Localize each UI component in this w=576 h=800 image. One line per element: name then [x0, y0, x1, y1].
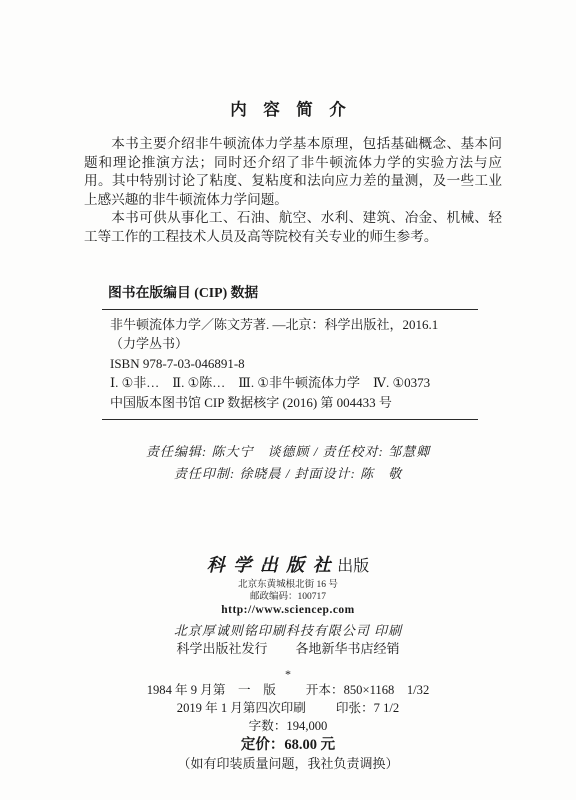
cip-line-classification: Ⅰ. ①非… Ⅱ. ①陈… Ⅲ. ①非牛顿流体力学 Ⅳ. ①0373: [110, 373, 478, 393]
edition-date: 1984 年 9 月第 一 版: [147, 682, 276, 700]
cip-line-series: （力学丛书）: [110, 334, 478, 354]
print-run-date: 2019 年 1 月第四次印刷: [177, 700, 306, 718]
publisher-name-calligraphy: 科 学 出 版 社: [207, 555, 333, 575]
staff-credits: 责任编辑: 陈大宁 谈德顾 / 责任校对: 邹慧卿 责任印制: 徐晓晨 / 封面…: [0, 441, 576, 485]
cip-divider-bottom: [102, 419, 478, 420]
price: 定价：68.00 元: [0, 736, 576, 755]
publisher-name-suffix: 出版: [337, 558, 369, 575]
edition-row-first-print: 1984 年 9 月第 一 版 开本：850×1168 1/32: [0, 682, 576, 700]
sheet-count: 印张：7 1/2: [336, 700, 399, 718]
publisher-address: 北京东黄城根北街 16 号: [0, 579, 576, 591]
publisher-website: http://www.sciencep.com: [0, 603, 576, 617]
publisher-name: 科 学 出 版 社 出版: [0, 555, 576, 577]
cip-line-title: 非牛顿流体力学／陈文芳著. —北京：科学出版社，2016.1: [110, 315, 478, 335]
word-count: 字数：194,000: [0, 718, 576, 736]
quality-note: （如有印装质量问题，我社负责调换）: [0, 755, 576, 773]
edition-block: 1984 年 9 月第 一 版 开本：850×1168 1/32 2019 年 …: [0, 682, 576, 774]
publisher-postcode: 邮政编码：100717: [0, 591, 576, 603]
cip-line-isbn: ISBN 978-7-03-046891-8: [110, 354, 478, 374]
content-summary-title: 内 容 简 介: [0, 99, 576, 121]
content-summary-body: 本书主要介绍非牛顿流体力学基本原理，包括基础概念、基本问题和理论推演方法；同时还…: [0, 135, 576, 247]
distribution-line: 科学出版社发行 各地新华书店经销: [0, 640, 576, 658]
cip-block: 图书在版编目 (CIP) 数据 非牛顿流体力学／陈文芳著. —北京：科学出版社，…: [0, 281, 576, 420]
edition-row-current-print: 2019 年 1 月第四次印刷 印张：7 1/2: [0, 700, 576, 718]
credits-line-editors: 责任编辑: 陈大宁 谈德顾 / 责任校对: 邹慧卿: [0, 441, 576, 463]
summary-paragraph: 本书可供从事化工、石油、航空、水利、建筑、冶金、机械、轻工等工作的工程技术人员及…: [84, 209, 502, 246]
printer-line: 北京厚诚则铭印刷科技有限公司 印刷: [0, 622, 576, 640]
summary-paragraph: 本书主要介绍非牛顿流体力学基本原理，包括基础概念、基本问题和理论推演方法；同时还…: [84, 135, 502, 209]
cip-lines: 非牛顿流体力学／陈文芳著. —北京：科学出版社，2016.1 （力学丛书） IS…: [102, 310, 478, 419]
separator-asterisk: *: [0, 667, 576, 681]
format-size: 开本：850×1168 1/32: [306, 682, 429, 700]
distribution-bookstores: 各地新华书店经销: [296, 640, 400, 658]
credits-line-print-design: 责任印制: 徐晓晨 / 封面设计: 陈 敬: [0, 463, 576, 485]
cip-heading: 图书在版编目 (CIP) 数据: [102, 281, 478, 301]
cip-line-record-number: 中国版本图书馆 CIP 数据核字 (2016) 第 004433 号: [110, 393, 478, 413]
copyright-page: 内 容 简 介 本书主要介绍非牛顿流体力学基本原理，包括基础概念、基本问题和理论…: [0, 0, 576, 800]
publisher-block: 科 学 出 版 社 出版 北京东黄城根北街 16 号 邮政编码：100717 h…: [0, 555, 576, 658]
distribution-publisher: 科学出版社发行: [176, 640, 267, 658]
